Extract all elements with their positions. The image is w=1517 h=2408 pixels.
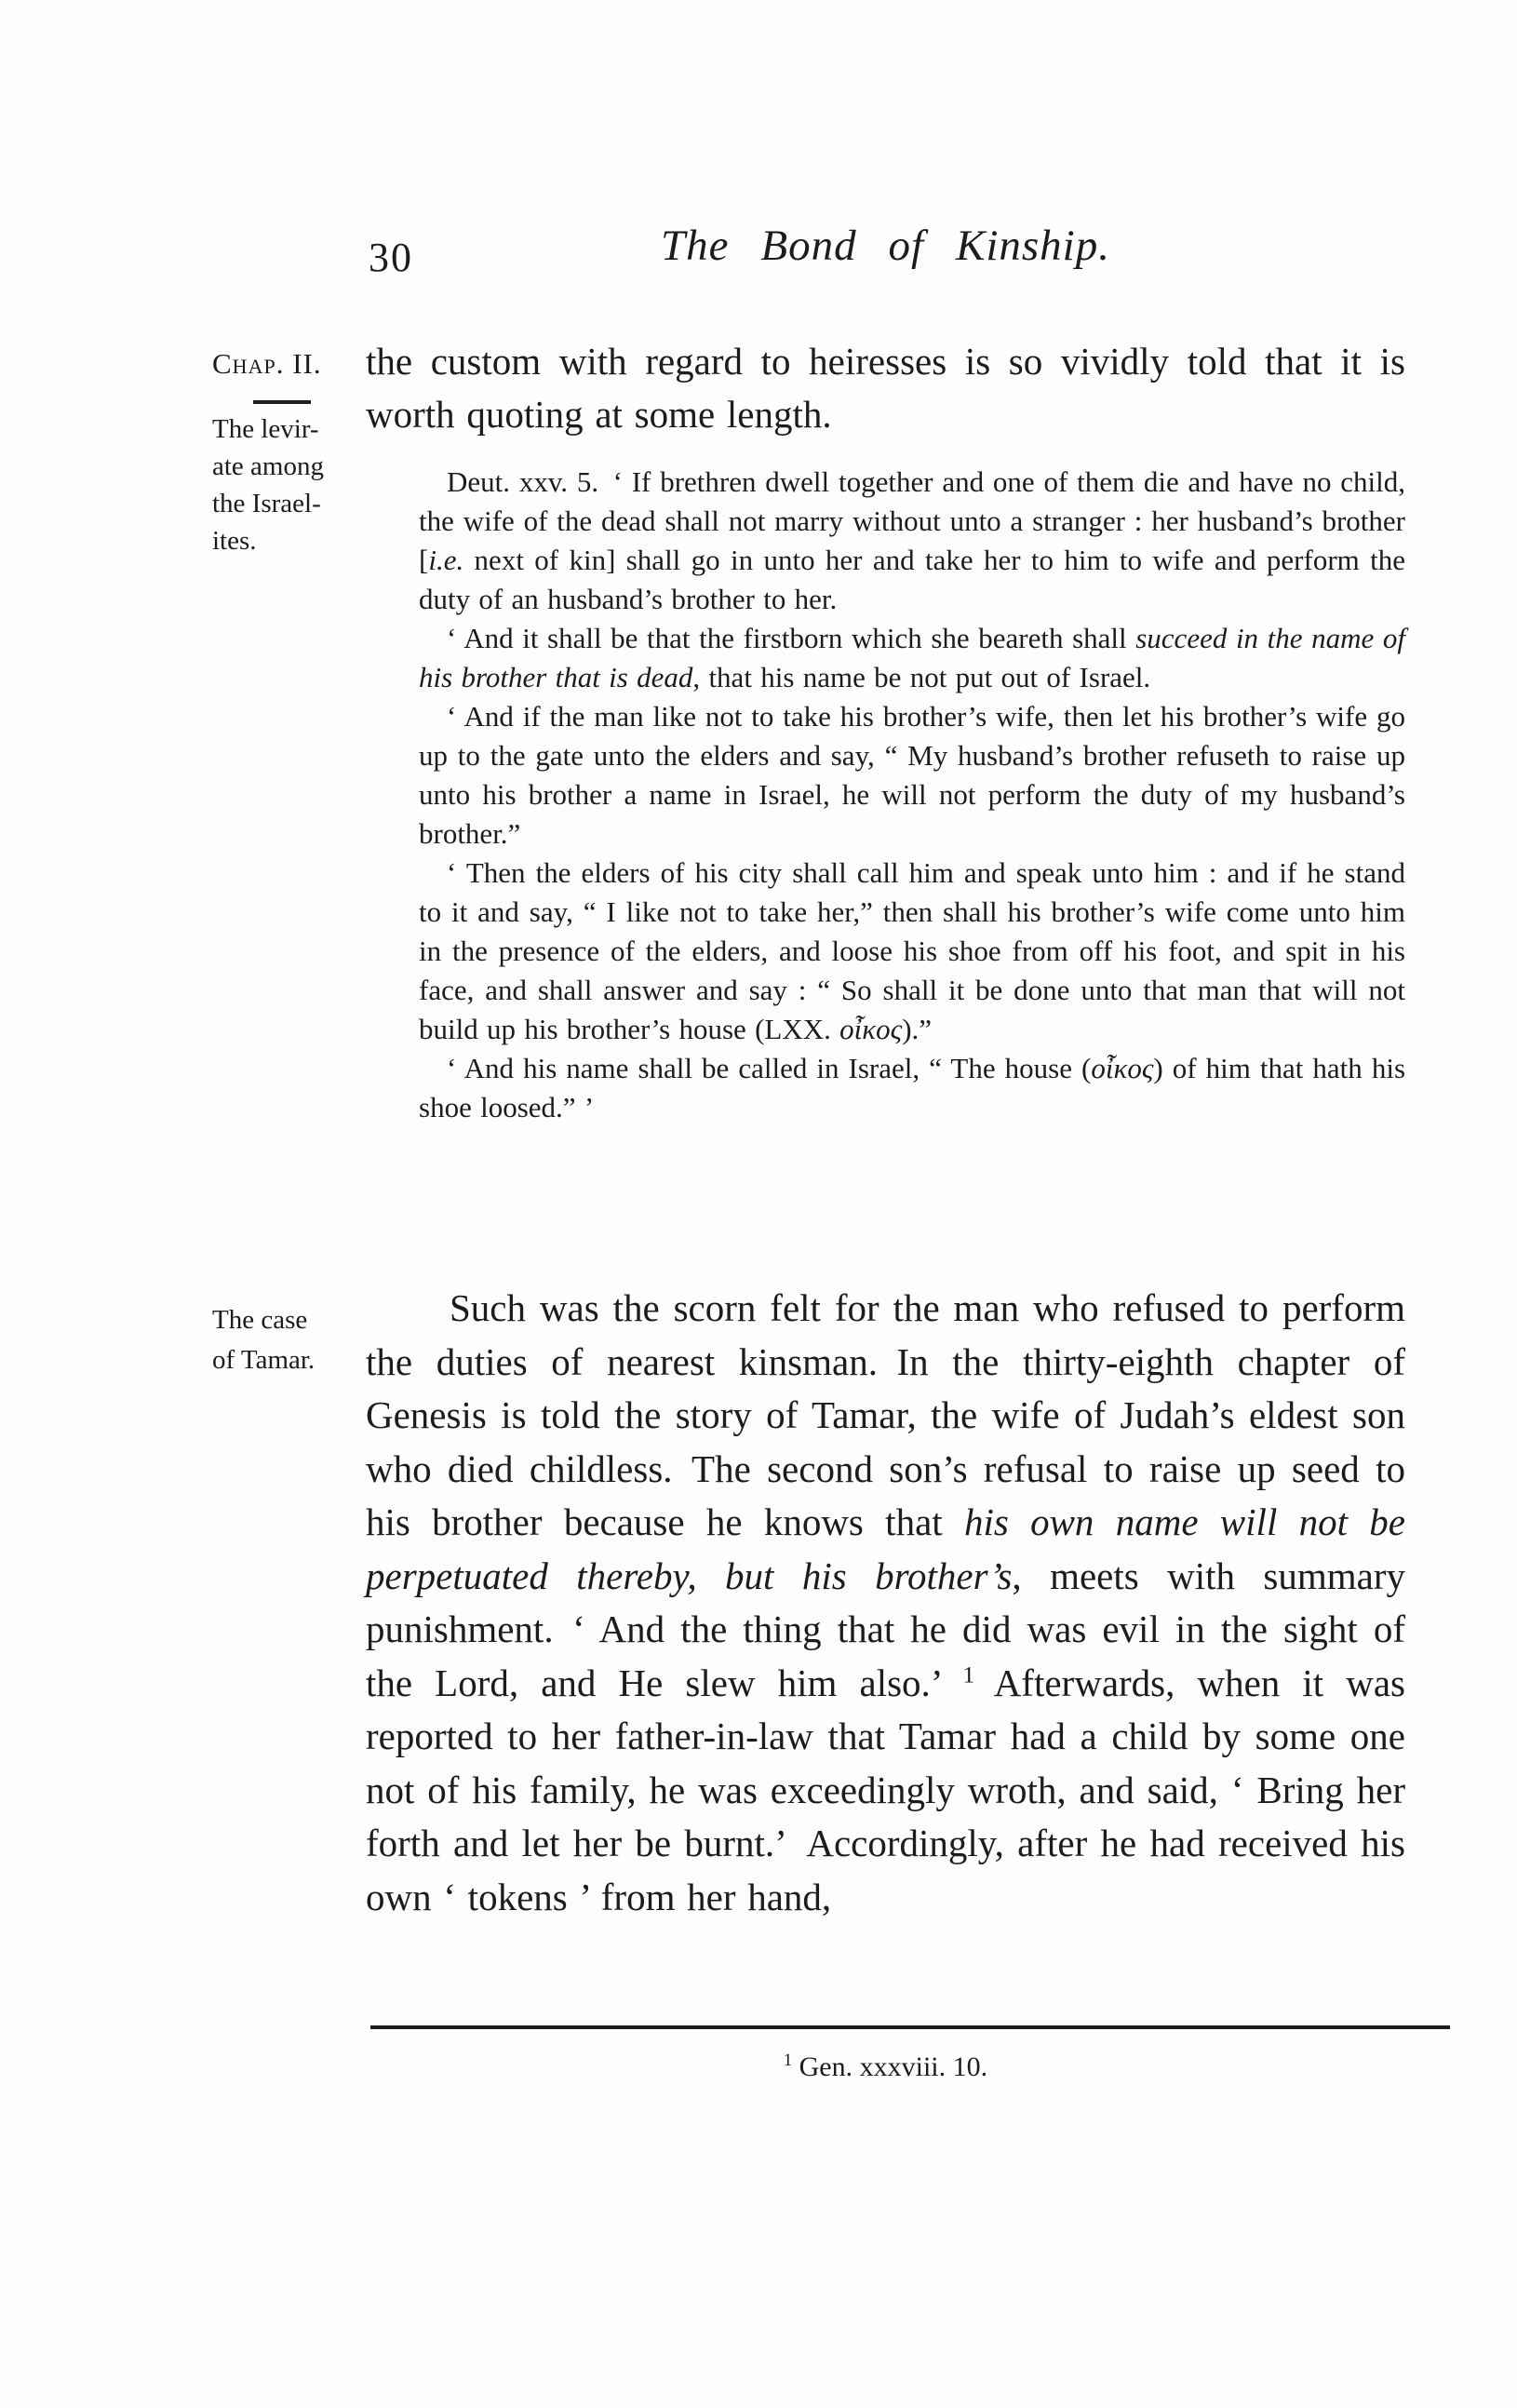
- body-paragraph-heiresses: the custom with regard to heiresses is s…: [366, 335, 1405, 441]
- margin-note-levirate: The levir- ate among the Israel- ites.: [212, 410, 363, 559]
- margin-note-chapter: Chap. II.: [212, 345, 363, 383]
- margin-note-tamar: The case of Tamar.: [212, 1300, 363, 1380]
- book-page: 30 The Bond of Kinship. Chap. II. The le…: [0, 0, 1517, 2408]
- quote-paragraph-3: ‘ And if the man like not to take his br…: [419, 697, 1405, 854]
- quote-paragraph-1: Deut. xxv. 5. ‘ If brethren dwell togeth…: [419, 463, 1405, 619]
- footnote-rule: [370, 2025, 1450, 2029]
- chapter-rule: [253, 400, 311, 404]
- quote-paragraph-2: ‘ And it shall be that the firstborn whi…: [419, 619, 1405, 697]
- running-title: The Bond of Kinship.: [366, 221, 1405, 271]
- quote-paragraph-5: ‘ And his name shall be called in Israel…: [419, 1049, 1405, 1127]
- scripture-quote-deut-xxv: Deut. xxv. 5. ‘ If brethren dwell togeth…: [419, 463, 1405, 1127]
- body-paragraph-tamar: Such was the scorn felt for the man who …: [366, 1282, 1405, 1924]
- quote-paragraph-4: ‘ Then the elders of his city shall call…: [419, 854, 1405, 1049]
- footnote-gen-xxxviii: 1 Gen. xxxviii. 10.: [366, 2052, 1405, 2083]
